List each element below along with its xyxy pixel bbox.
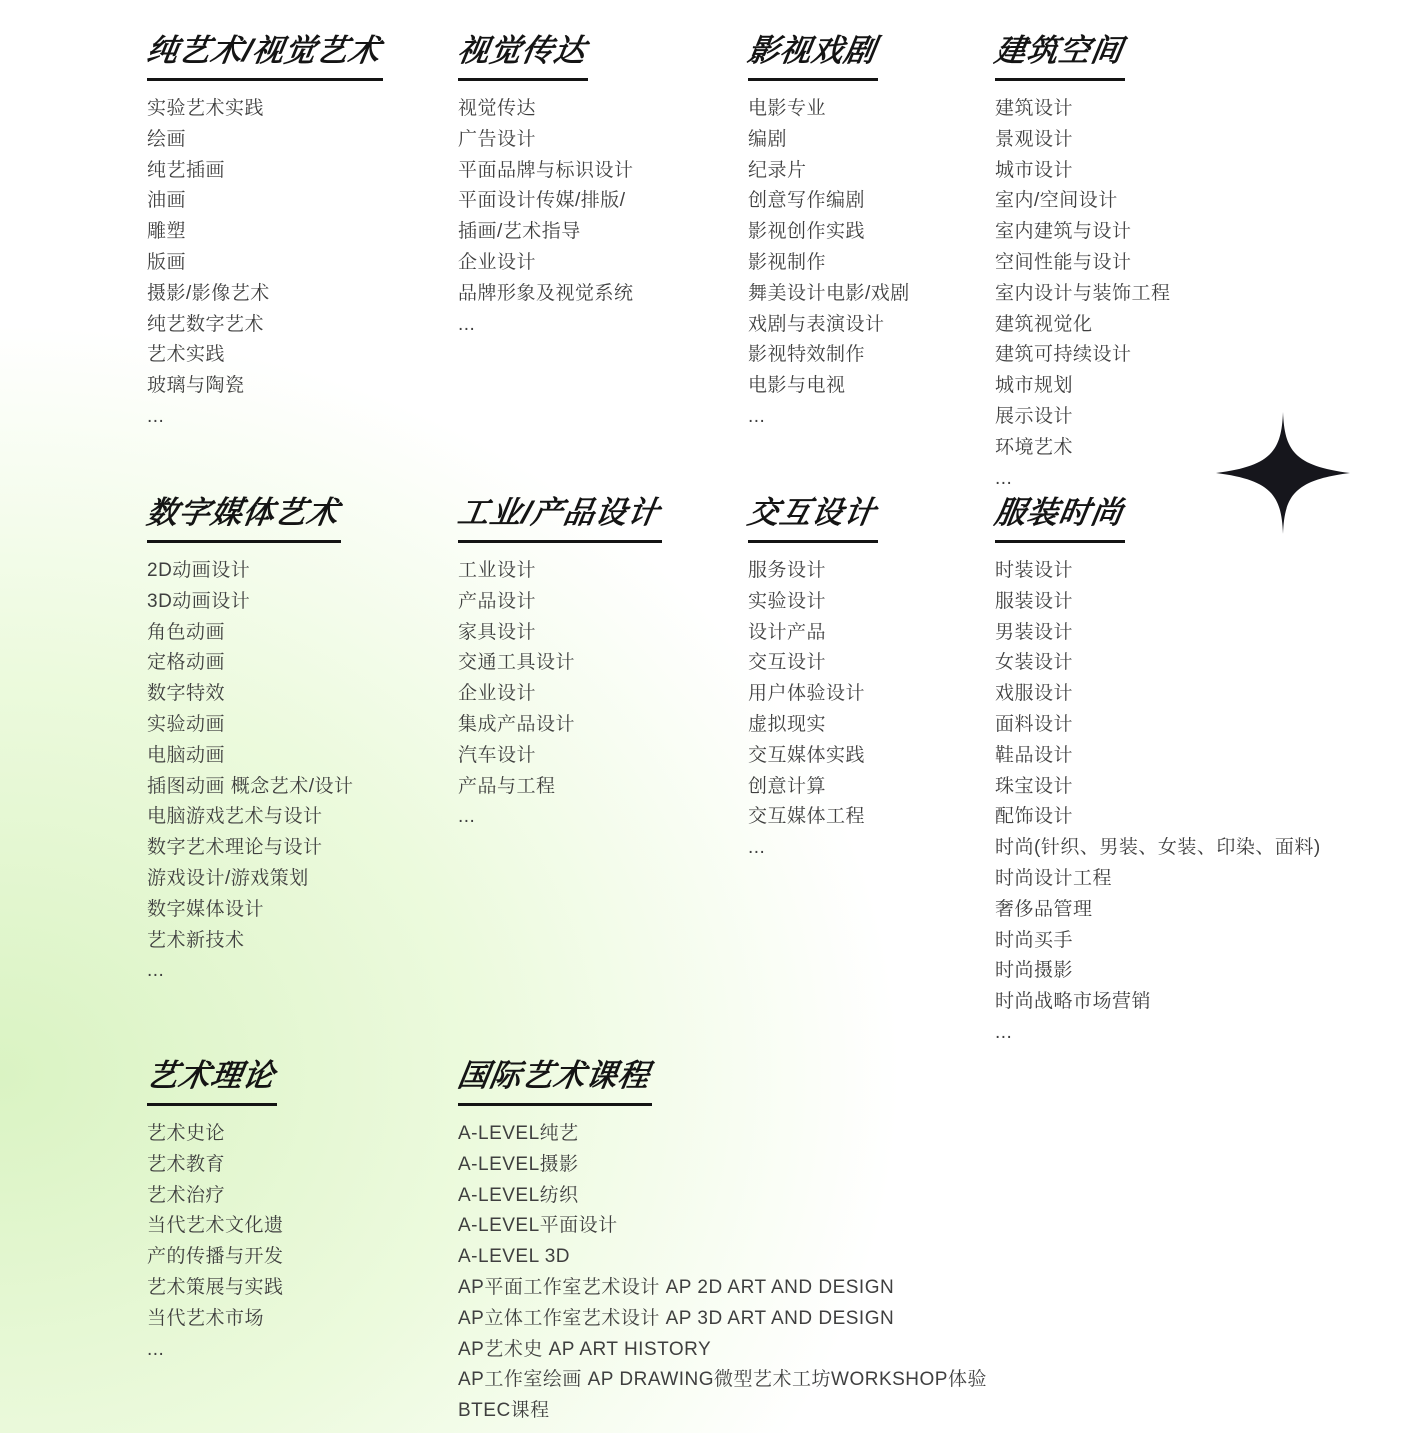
- sparkle-icon: [1216, 412, 1350, 534]
- course-item: 用户体验设计: [748, 679, 878, 710]
- course-item: A-LEVEL 3D: [458, 1242, 987, 1273]
- course-item: 产的传播与开发: [147, 1242, 284, 1273]
- course-item: 绘画: [147, 125, 383, 156]
- course-item: 影视特效制作: [748, 340, 910, 371]
- section-items-interaction-design: 服务设计实验设计设计产品交互设计用户体验设计虚拟现实交互媒体实践创意计算交互媒体…: [748, 556, 878, 864]
- course-item: 艺术治疗: [147, 1181, 284, 1212]
- course-item: ...: [147, 402, 383, 433]
- course-item: 建筑设计: [995, 94, 1171, 125]
- course-item: 3D动画设计: [147, 587, 354, 618]
- section-fashion: 服装时尚 时装设计服装设计男装设计女装设计戏服设计面料设计鞋品设计珠宝设计配饰设…: [995, 497, 1321, 1049]
- course-item: 角色动画: [147, 618, 354, 649]
- course-item: 交通工具设计: [458, 648, 662, 679]
- section-items-industrial-product-design: 工业设计产品设计家具设计交通工具设计企业设计集成产品设计汽车设计产品与工程...: [458, 556, 662, 833]
- course-item: 环境艺术: [995, 433, 1171, 464]
- course-item: ...: [147, 1335, 284, 1366]
- course-item: AP平面工作室艺术设计 AP 2D ART AND DESIGN: [458, 1273, 987, 1304]
- course-item: 广告设计: [458, 125, 634, 156]
- course-item: A-LEVEL纯艺: [458, 1119, 987, 1150]
- course-item: ...: [995, 1018, 1321, 1049]
- course-item: 建筑视觉化: [995, 310, 1171, 341]
- course-item: 影视创作实践: [748, 217, 910, 248]
- section-items-fine-art: 实验艺术实践绘画纯艺插画油画雕塑版画摄影/影像艺术纯艺数字艺术艺术实践玻璃与陶瓷…: [147, 94, 383, 433]
- section-digital-media-art: 数字媒体艺术 2D动画设计3D动画设计角色动画定格动画数字特效实验动画电脑动画插…: [147, 497, 354, 987]
- section-title-film-drama: 影视戏剧: [748, 35, 878, 81]
- course-item: 电脑动画: [147, 741, 354, 772]
- course-item: 女装设计: [995, 648, 1321, 679]
- section-items-fashion: 时装设计服装设计男装设计女装设计戏服设计面料设计鞋品设计珠宝设计配饰设计时尚(针…: [995, 556, 1321, 1049]
- course-item: 时尚战略市场营销: [995, 987, 1321, 1018]
- course-item: 当代艺术文化遗: [147, 1211, 284, 1242]
- course-item: 电脑游戏艺术与设计: [147, 802, 354, 833]
- course-item: ...: [995, 464, 1171, 495]
- course-item: 面料设计: [995, 710, 1321, 741]
- course-item: ...: [748, 833, 878, 864]
- course-item: 时尚买手: [995, 926, 1321, 957]
- section-industrial-product-design: 工业/产品设计 工业设计产品设计家具设计交通工具设计企业设计集成产品设计汽车设计…: [458, 497, 662, 833]
- section-items-digital-media-art: 2D动画设计3D动画设计角色动画定格动画数字特效实验动画电脑动画插图动画 概念艺…: [147, 556, 354, 987]
- course-item: 数字媒体设计: [147, 895, 354, 926]
- course-item: 城市设计: [995, 156, 1171, 187]
- course-item: 服装设计: [995, 587, 1321, 618]
- section-film-drama: 影视戏剧 电影专业编剧纪录片创意写作编剧影视创作实践影视制作舞美设计电影/戏剧戏…: [748, 35, 910, 433]
- course-item: 游戏设计/游戏策划: [147, 864, 354, 895]
- course-item: 城市规划: [995, 371, 1171, 402]
- course-item: 2D动画设计: [147, 556, 354, 587]
- course-item: AP艺术史 AP ART HISTORY: [458, 1335, 987, 1366]
- course-item: 虚拟现实: [748, 710, 878, 741]
- course-item: 企业设计: [458, 248, 634, 279]
- course-item: 艺术史论: [147, 1119, 284, 1150]
- course-item: ...: [748, 402, 910, 433]
- course-item: A-LEVEL摄影: [458, 1150, 987, 1181]
- course-item: 纯艺插画: [147, 156, 383, 187]
- course-item: 汽车设计: [458, 741, 662, 772]
- course-item: 男装设计: [995, 618, 1321, 649]
- course-item: 戏服设计: [995, 679, 1321, 710]
- course-item: 插图动画 概念艺术/设计: [147, 772, 354, 803]
- course-item: 时尚设计工程: [995, 864, 1321, 895]
- course-item: 家具设计: [458, 618, 662, 649]
- course-item: 实验艺术实践: [147, 94, 383, 125]
- course-item: 建筑可持续设计: [995, 340, 1171, 371]
- course-item: 玻璃与陶瓷: [147, 371, 383, 402]
- course-item: 艺术策展与实践: [147, 1273, 284, 1304]
- course-item: 时尚摄影: [995, 956, 1321, 987]
- course-item: 景观设计: [995, 125, 1171, 156]
- course-item: 珠宝设计: [995, 772, 1321, 803]
- course-item: 企业设计: [458, 679, 662, 710]
- course-item: 集成产品设计: [458, 710, 662, 741]
- course-item: ...: [458, 802, 662, 833]
- section-title-fine-art: 纯艺术/视觉艺术: [147, 35, 383, 81]
- course-item: 电影专业: [748, 94, 910, 125]
- course-item: 摄影/影像艺术: [147, 279, 383, 310]
- section-art-theory: 艺术理论 艺术史论艺术教育艺术治疗当代艺术文化遗产的传播与开发艺术策展与实践当代…: [147, 1060, 284, 1365]
- course-item: 品牌形象及视觉系统: [458, 279, 634, 310]
- course-item: 插画/艺术指导: [458, 217, 634, 248]
- course-catalog-page: 纯艺术/视觉艺术 实验艺术实践绘画纯艺插画油画雕塑版画摄影/影像艺术纯艺数字艺术…: [0, 0, 1410, 1433]
- section-visual-communication: 视觉传达 视觉传达广告设计平面品牌与标识设计平面设计传媒/排版/插画/艺术指导企…: [458, 35, 634, 340]
- course-item: A-LEVEL纺织: [458, 1181, 987, 1212]
- course-item: 产品与工程: [458, 772, 662, 803]
- course-item: AP立体工作室艺术设计 AP 3D ART AND DESIGN: [458, 1304, 987, 1335]
- section-title-fashion: 服装时尚: [995, 497, 1125, 543]
- course-item: ...: [458, 310, 634, 341]
- course-item: 实验动画: [147, 710, 354, 741]
- course-item: 室内设计与装饰工程: [995, 279, 1171, 310]
- course-item: 雕塑: [147, 217, 383, 248]
- course-item: 奢侈品管理: [995, 895, 1321, 926]
- course-item: 实验设计: [748, 587, 878, 618]
- course-item: 数字特效: [147, 679, 354, 710]
- course-item: 艺术新技术: [147, 926, 354, 957]
- section-title-art-theory: 艺术理论: [147, 1060, 277, 1106]
- course-item: 时装设计: [995, 556, 1321, 587]
- course-item: 空间性能与设计: [995, 248, 1171, 279]
- course-item: 产品设计: [458, 587, 662, 618]
- course-item: 定格动画: [147, 648, 354, 679]
- course-item: 创意写作编剧: [748, 186, 910, 217]
- course-item: 当代艺术市场: [147, 1304, 284, 1335]
- course-item: 配饰设计: [995, 802, 1321, 833]
- course-item: 室内建筑与设计: [995, 217, 1171, 248]
- section-international-art-courses: 国际艺术课程 A-LEVEL纯艺A-LEVEL摄影A-LEVEL纺织A-LEVE…: [458, 1060, 987, 1427]
- section-items-film-drama: 电影专业编剧纪录片创意写作编剧影视创作实践影视制作舞美设计电影/戏剧戏剧与表演设…: [748, 94, 910, 433]
- course-item: 创意计算: [748, 772, 878, 803]
- course-item: 戏剧与表演设计: [748, 310, 910, 341]
- course-item: AP工作室绘画 AP DRAWING微型艺术工坊WORKSHOP体验: [458, 1365, 987, 1396]
- course-item: 交互媒体工程: [748, 802, 878, 833]
- course-item: 平面设计传媒/排版/: [458, 186, 634, 217]
- section-fine-art: 纯艺术/视觉艺术 实验艺术实践绘画纯艺插画油画雕塑版画摄影/影像艺术纯艺数字艺术…: [147, 35, 383, 433]
- course-item: 影视制作: [748, 248, 910, 279]
- course-item: 版画: [147, 248, 383, 279]
- course-item: 视觉传达: [458, 94, 634, 125]
- section-title-interaction-design: 交互设计: [748, 497, 878, 543]
- section-title-visual-communication: 视觉传达: [458, 35, 588, 81]
- course-item: 电影与电视: [748, 371, 910, 402]
- course-item: 纯艺数字艺术: [147, 310, 383, 341]
- course-item: 纪录片: [748, 156, 910, 187]
- course-item: 平面品牌与标识设计: [458, 156, 634, 187]
- course-item: BTEC课程: [458, 1396, 987, 1427]
- course-item: 艺术实践: [147, 340, 383, 371]
- section-title-industrial-product-design: 工业/产品设计: [458, 497, 662, 543]
- course-item: 室内/空间设计: [995, 186, 1171, 217]
- course-item: ...: [147, 956, 354, 987]
- section-title-international-art-courses: 国际艺术课程: [458, 1060, 652, 1106]
- section-items-architecture-space: 建筑设计景观设计城市设计室内/空间设计室内建筑与设计空间性能与设计室内设计与装饰…: [995, 94, 1171, 494]
- section-architecture-space: 建筑空间 建筑设计景观设计城市设计室内/空间设计室内建筑与设计空间性能与设计室内…: [995, 35, 1171, 494]
- course-item: 交互媒体实践: [748, 741, 878, 772]
- section-items-art-theory: 艺术史论艺术教育艺术治疗当代艺术文化遗产的传播与开发艺术策展与实践当代艺术市场.…: [147, 1119, 284, 1365]
- course-item: 时尚(针织、男装、女装、印染、面料): [995, 833, 1321, 864]
- course-item: 展示设计: [995, 402, 1171, 433]
- section-items-visual-communication: 视觉传达广告设计平面品牌与标识设计平面设计传媒/排版/插画/艺术指导企业设计品牌…: [458, 94, 634, 340]
- course-item: 交互设计: [748, 648, 878, 679]
- course-item: 服务设计: [748, 556, 878, 587]
- section-items-international-art-courses: A-LEVEL纯艺A-LEVEL摄影A-LEVEL纺织A-LEVEL平面设计A-…: [458, 1119, 987, 1427]
- section-title-architecture-space: 建筑空间: [995, 35, 1125, 81]
- course-item: 数字艺术理论与设计: [147, 833, 354, 864]
- course-item: 油画: [147, 186, 383, 217]
- course-item: A-LEVEL平面设计: [458, 1211, 987, 1242]
- course-item: 工业设计: [458, 556, 662, 587]
- section-interaction-design: 交互设计 服务设计实验设计设计产品交互设计用户体验设计虚拟现实交互媒体实践创意计…: [748, 497, 878, 864]
- course-item: 设计产品: [748, 618, 878, 649]
- course-item: 编剧: [748, 125, 910, 156]
- section-title-digital-media-art: 数字媒体艺术: [147, 497, 341, 543]
- course-item: 舞美设计电影/戏剧: [748, 279, 910, 310]
- course-item: 鞋品设计: [995, 741, 1321, 772]
- course-item: 艺术教育: [147, 1150, 284, 1181]
